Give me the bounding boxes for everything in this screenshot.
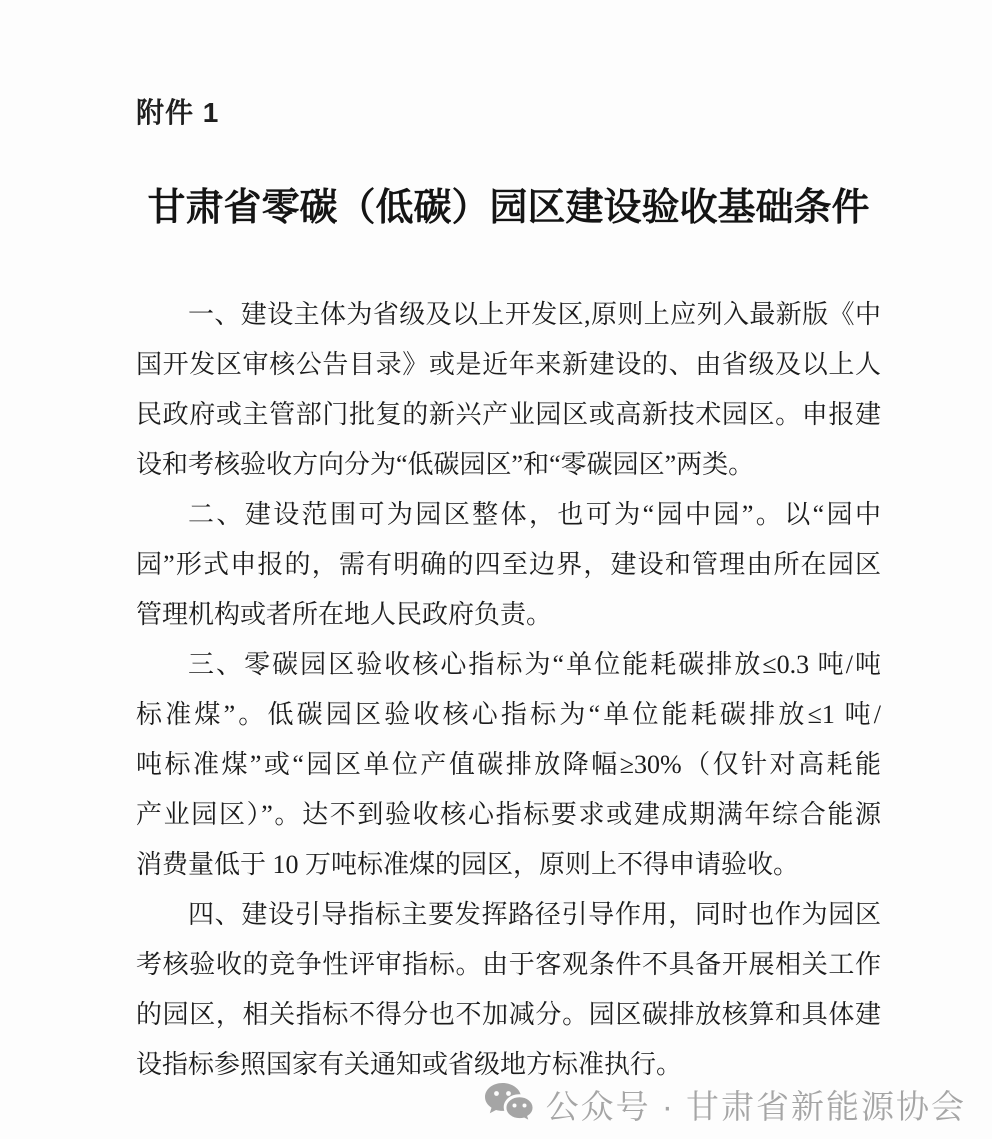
text-line: 四、建设引导指标主要发挥路径引导作用，同时也作为园区 <box>136 890 881 940</box>
paragraph: 一、建设主体为省级及以上开发区,原则上应列入最新版《中国开发区审核公告目录》或是… <box>136 290 881 490</box>
text-line: 一、建设主体为省级及以上开发区,原则上应列入最新版《中 <box>136 290 881 340</box>
text-line: 管理机构或者所在地人民政府负责。 <box>136 590 881 640</box>
text-line: 的园区，相关指标不得分也不加减分。园区碳排放核算和具体建 <box>136 990 881 1040</box>
paragraph: 四、建设引导指标主要发挥路径引导作用，同时也作为园区考核验收的竞争性评审指标。由… <box>136 890 881 1090</box>
document-page: 附件 1 甘肃省零碳（低碳）园区建设验收基础条件 一、建设主体为省级及以上开发区… <box>0 0 992 1139</box>
text-line: 吨标准煤”或“园区单位产值碳排放降幅≥30%（仅针对高耗能 <box>136 740 881 790</box>
text-line: 二、建设范围可为园区整体，也可为“园中园”。以“园中 <box>136 490 881 540</box>
text-line: 产业园区）”。达不到验收核心指标要求或建成期满年综合能源 <box>136 790 881 840</box>
text-line: 标准煤”。低碳园区验收核心指标为“单位能耗碳排放≤1 吨/ <box>136 690 881 740</box>
paragraph: 三、零碳园区验收核心指标为“单位能耗碳排放≤0.3 吨/吨标准煤”。低碳园区验收… <box>136 640 881 890</box>
text-line: 三、零碳园区验收核心指标为“单位能耗碳排放≤0.3 吨/吨 <box>136 640 881 690</box>
document-body: 一、建设主体为省级及以上开发区,原则上应列入最新版《中国开发区审核公告目录》或是… <box>136 290 881 1090</box>
document-title: 甘肃省零碳（低碳）园区建设验收基础条件 <box>136 180 881 236</box>
watermark: 公众号 · 甘肃省新能源协会 <box>484 1080 966 1128</box>
text-line: 国开发区审核公告目录》或是近年来新建设的、由省级及以上人 <box>136 340 881 390</box>
watermark-text: 公众号 · 甘肃省新能源协会 <box>546 1081 966 1128</box>
text-line: 园”形式申报的，需有明确的四至边界，建设和管理由所在园区 <box>136 540 881 590</box>
attachment-label: 附件 1 <box>136 96 219 130</box>
text-line: 消费量低于 10 万吨标准煤的园区，原则上不得申请验收。 <box>136 840 881 890</box>
paragraph: 二、建设范围可为园区整体，也可为“园中园”。以“园中园”形式申报的，需有明确的四… <box>136 490 881 640</box>
text-line: 民政府或主管部门批复的新兴产业园区或高新技术园区。申报建 <box>136 390 881 440</box>
text-line: 设和考核验收方向分为“低碳园区”和“零碳园区”两类。 <box>136 440 881 490</box>
text-line: 考核验收的竞争性评审指标。由于客观条件不具备开展相关工作 <box>136 940 881 990</box>
wechat-icon <box>484 1082 534 1126</box>
